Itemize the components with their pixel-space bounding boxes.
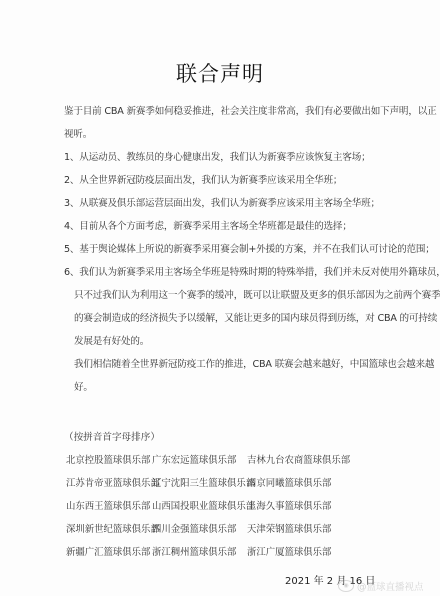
statement-item-4: 4、目前从各个方面考虑，新赛季采用主客场全华班都是最佳的选择； — [64, 221, 352, 233]
statement-page: 联合声明 鉴于目前 CBA 新赛季如何稳妥推进，社会关注度非常高，我们有必要做出… — [0, 0, 440, 596]
club-name: 吉林九台农商篮球俱乐部 — [247, 452, 350, 466]
club-name: 浙江稠州篮球俱乐部 — [152, 544, 236, 558]
sort-note: （按拼音首字母排序） — [64, 429, 160, 443]
club-name: 新疆广汇篮球俱乐部 — [66, 544, 150, 558]
statement-item-3: 3、从联赛及俱乐部运营层面出发，我们认为新赛季应该采用主客场全华班； — [64, 198, 380, 210]
watermark-text: @篮球直播视点 — [357, 579, 424, 593]
club-name: 广东宏远篮球俱乐部 — [152, 452, 236, 466]
weibo-icon: ◉ — [338, 580, 354, 592]
closing-line-2: 好。 — [74, 382, 93, 394]
club-name: 南京同曦篮球俱乐部 — [247, 475, 331, 489]
club-name: 山西国投职业篮球俱乐部 — [152, 498, 255, 512]
watermark: ◉ @篮球直播视点 — [338, 579, 424, 593]
statement-item-6: 6、我们认为新赛季采用主客场全华班是特殊时期的特殊举措，我们并未反对使用外籍球员… — [64, 267, 440, 279]
intro-line-1: 鉴于目前 CBA 新赛季如何稳妥推进，社会关注度非常高，我们有必要做出如下声明，… — [64, 106, 437, 118]
statement-item-6-line-4: 发展是有好处的。 — [74, 336, 149, 348]
statement-item-2: 2、从全世界新冠防疫层面出发，我们认为新赛季应该采用全华班； — [64, 175, 342, 187]
club-name: 山东西王篮球俱乐部 — [66, 498, 150, 512]
statement-item-5: 5、基于舆论媒体上所说的新赛季采用赛会制+外援的方案，并不在我们认可讨论的范围； — [64, 244, 435, 256]
club-name: 深圳新世纪篮球俱乐部 — [66, 521, 160, 535]
statement-item-6-line-2: 只不过我们认为利用这一个赛季的缓冲，既可以让联盟及更多的俱乐部因为之前两个赛季 — [74, 290, 440, 302]
club-name: 上海久事篮球俱乐部 — [247, 498, 331, 512]
statement-item-6-line-3: 的赛会制造成的经济损失予以缓解，又能让更多的国内球员得到历练，对 CBA 的可持… — [74, 313, 437, 325]
club-name: 浙江广厦篮球俱乐部 — [247, 544, 331, 558]
club-name: 天津荣钢篮球俱乐部 — [247, 521, 331, 535]
intro-line-2: 视听。 — [64, 129, 92, 141]
statement-item-1: 1、从运动员、教练员的身心健康出发，我们认为新赛季应该恢复主客场； — [64, 152, 371, 164]
club-name: 北京控股篮球俱乐部 — [66, 452, 150, 466]
closing-line-1: 我们相信随着全世界新冠防疫工作的推进，CBA 联赛会越来越好，中国篮球也会越来越 — [74, 359, 434, 371]
club-name: 四川金强篮球俱乐部 — [152, 521, 236, 535]
club-name: 辽宁沈阳三生篮球俱乐部 — [152, 475, 255, 489]
document-title: 联合声明 — [0, 58, 440, 88]
club-name: 江苏肯帝亚篮球俱乐部 — [66, 475, 160, 489]
